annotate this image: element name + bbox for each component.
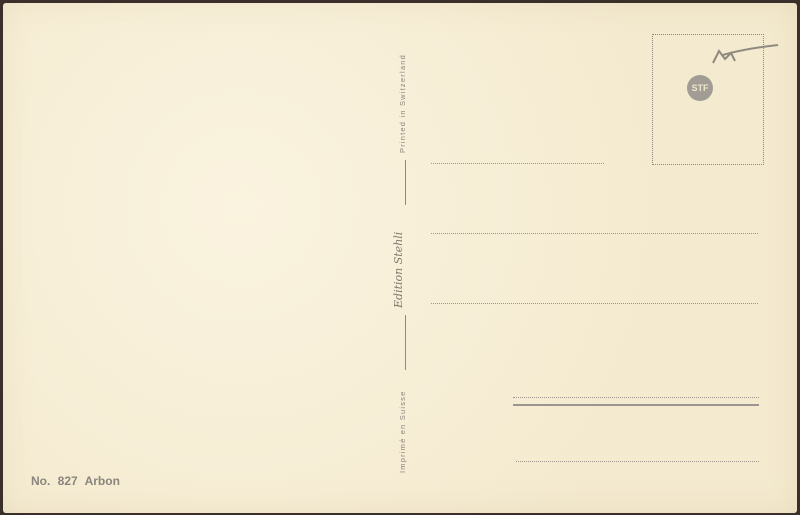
stf-logo-icon: STF	[687, 75, 713, 101]
card-caption: No. 827 Arbon	[31, 474, 120, 488]
address-line-3	[431, 303, 758, 304]
printed-in-switzerland-text: Printed in Switzerland	[398, 54, 407, 153]
address-line-1	[431, 163, 604, 164]
divider-line-top	[405, 160, 406, 205]
address-line-2	[431, 233, 758, 234]
flying-figure-icon	[703, 41, 783, 71]
address-underline	[513, 404, 759, 406]
address-line-5	[516, 461, 759, 462]
publisher-text: Edition Stehli	[392, 232, 405, 308]
postcard-back: Printed in Switzerland Edition Stehli Im…	[3, 3, 797, 513]
address-line-4	[513, 397, 759, 398]
divider-line-middle	[405, 315, 406, 370]
imprime-en-suisse-text: Imprimé en Suisse	[398, 390, 407, 473]
